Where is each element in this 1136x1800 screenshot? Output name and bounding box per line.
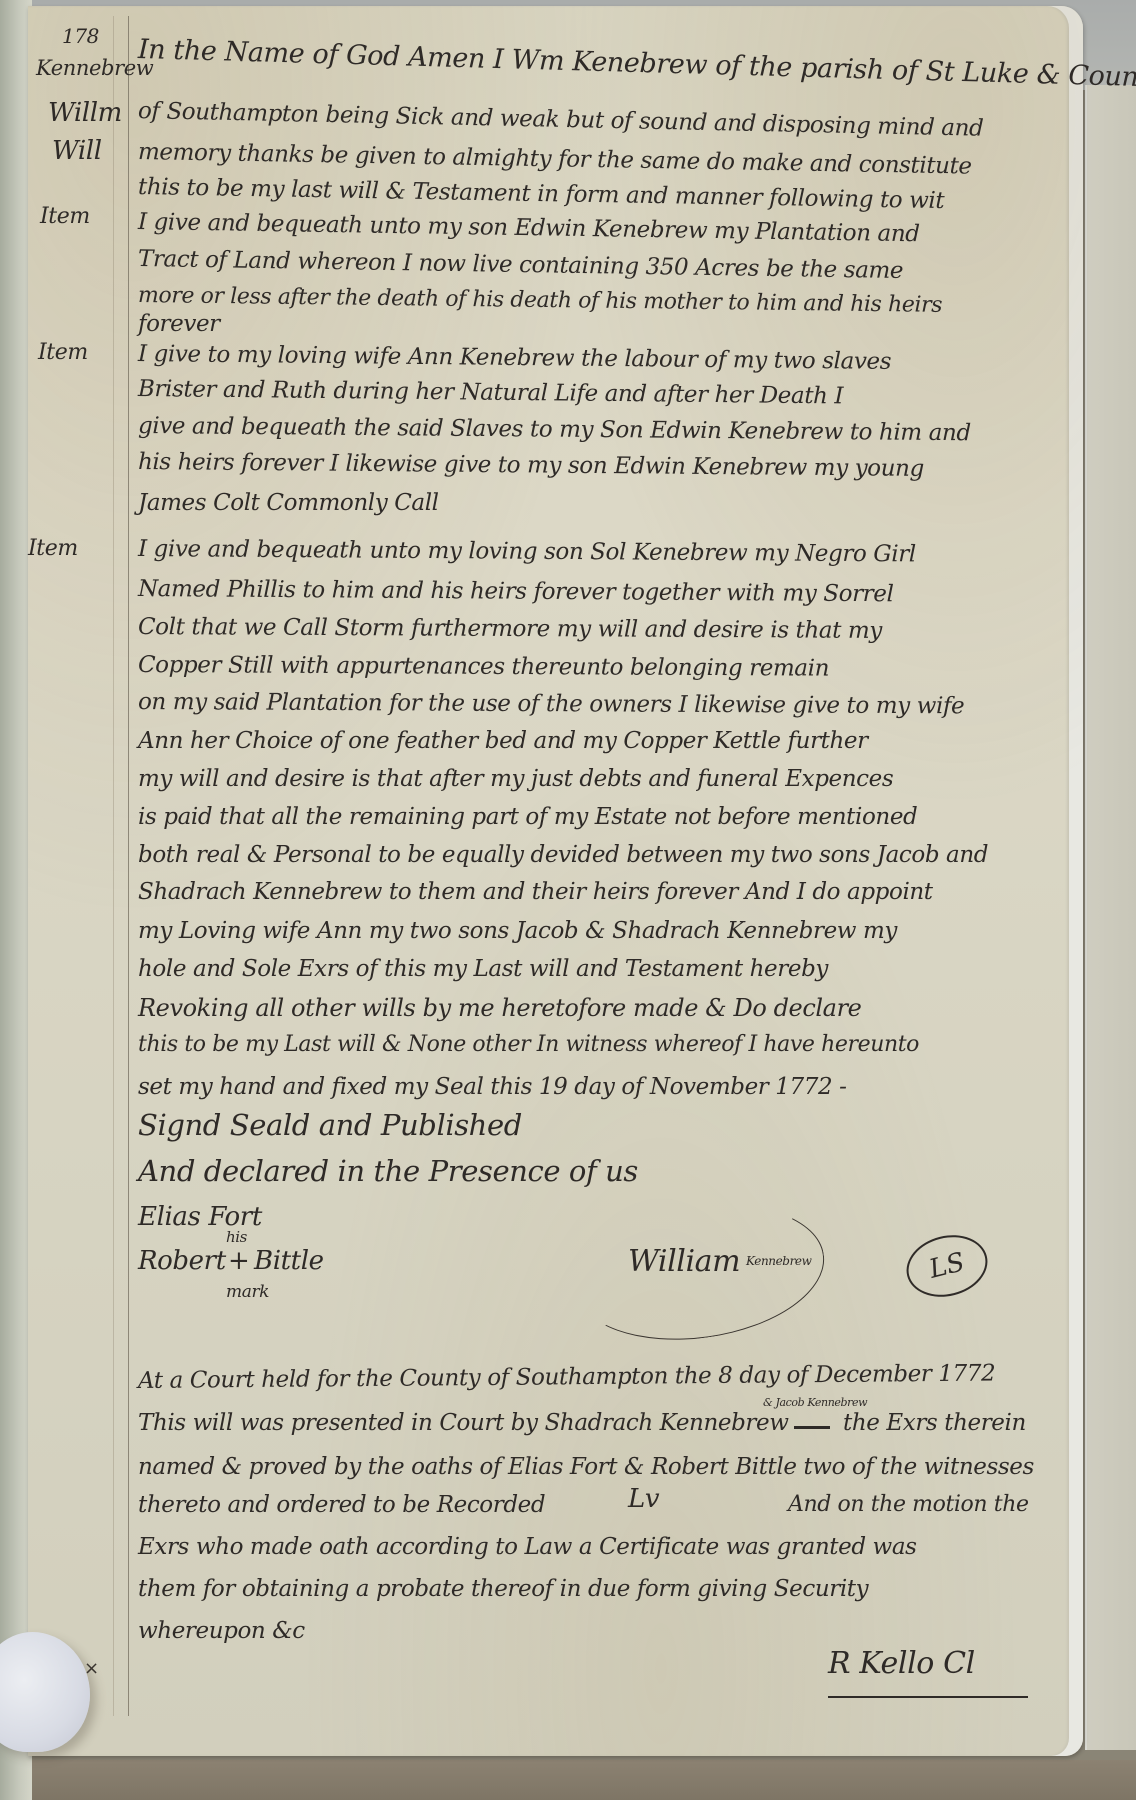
background-table — [0, 1760, 1136, 1800]
margin-rule — [128, 16, 129, 1716]
margin-given-name: Willm — [48, 98, 122, 128]
manuscript-page: 178 Kennebrew Willm Will Item Item Item … — [28, 6, 1083, 1756]
will-line-27: this to be my Last will & None other In … — [138, 1032, 919, 1057]
will-line-23: Shadrach Kennebrew to them and their hei… — [138, 879, 933, 905]
will-line-9: I give to my loving wife Ann Kenebrew th… — [138, 341, 891, 375]
will-line-5: I give and bequeath unto my son Edwin Ke… — [138, 209, 920, 247]
seal-letters: LS — [926, 1247, 967, 1285]
attestation-line-2: And declared in the Presence of us — [138, 1154, 638, 1188]
margin-surname: Kennebrew — [36, 56, 153, 80]
witness-mark-label: mark — [226, 1282, 269, 1302]
will-line-7: more or less after the death of his deat… — [138, 283, 942, 318]
will-line-21: is paid that all the remaining part of m… — [138, 804, 917, 830]
margin-item-3: Item — [28, 536, 78, 561]
margin-will-label: Will — [52, 136, 102, 166]
will-line-12: his heirs forever I likewise give to my … — [138, 449, 924, 482]
will-line-2: of Southampton being Sick and weak but o… — [138, 98, 984, 142]
witness-robert-bittle: Bittle — [254, 1246, 324, 1276]
clerk-signature: R Kello Cl — [828, 1646, 975, 1681]
margin-item-1: Item — [40, 204, 90, 229]
facing-page — [1085, 85, 1136, 1750]
will-line-8: forever — [138, 311, 220, 337]
probate-line-6: them for obtaining a probate thereof in … — [138, 1576, 868, 1602]
will-line-11: give and bequeath the said Slaves to my … — [138, 413, 971, 446]
witness-mark-cross: + — [228, 1246, 249, 1276]
recording-mark: Lv — [628, 1484, 659, 1514]
will-line-17: Copper Still with appurtenances thereunt… — [138, 652, 829, 682]
will-line-15: Named Phillis to him and his heirs forev… — [138, 576, 894, 607]
margin-guide-line — [113, 16, 114, 1716]
will-line-4: this to be my last will & Testament in f… — [138, 174, 945, 214]
witness-mark-his: his — [226, 1228, 247, 1246]
probate-line-5: Exrs who made oath according to Law a Ce… — [138, 1534, 917, 1560]
margin-item-2: Item — [38, 340, 88, 365]
will-line-1: In the Name of God Amen I Wm Kenebrew of… — [138, 34, 1136, 94]
will-line-18: on my said Plantation for the use of the… — [138, 689, 964, 719]
probate-line-3: named & proved by the oaths of Elias For… — [138, 1454, 1034, 1480]
will-line-26: Revoking all other wills by me heretofor… — [138, 994, 861, 1022]
testator-surname-small: Kennebrew — [746, 1254, 812, 1268]
attestation-line-1: Signd Seald and Published — [138, 1108, 522, 1142]
will-line-19: Ann her Choice of one feather bed and my… — [138, 728, 868, 754]
probate-line-4-tail: And on the motion the — [788, 1492, 1029, 1517]
will-line-3: memory thanks be given to almighty for t… — [138, 139, 972, 180]
probate-line-2-tail: the Exrs therein — [843, 1410, 1026, 1436]
probate-insertion: & Jacob Kennebrew — [763, 1396, 867, 1409]
will-line-20: my will and desire is that after my just… — [138, 766, 893, 792]
will-line-24: my Loving wife Ann my two sons Jacob & S… — [138, 918, 897, 944]
will-line-16: Colt that we Call Storm furthermore my w… — [138, 614, 882, 644]
will-line-13: James Colt Commonly Call — [138, 490, 439, 516]
witness-robert-first: Robert — [138, 1246, 226, 1276]
probate-line-2: This will was presented in Court by Shad… — [138, 1410, 789, 1436]
will-line-14: I give and bequeath unto my loving son S… — [138, 536, 916, 567]
will-line-28: set my hand and fixed my Seal this 19 da… — [138, 1074, 847, 1100]
page-number: 178 — [62, 24, 99, 48]
probate-line-1: At a Court held for the County of Southa… — [138, 1361, 996, 1394]
will-line-6: Tract of Land whereon I now live contain… — [138, 246, 904, 284]
will-line-10: Brister and Ruth during her Natural Life… — [138, 376, 843, 409]
probate-line-4: thereto and ordered to be Recorded — [138, 1492, 545, 1518]
clerk-signature-underline — [828, 1696, 1028, 1698]
wax-seal-ls: LS — [900, 1227, 994, 1305]
testator-signature: William — [628, 1244, 740, 1279]
will-line-25: hole and Sole Exrs of this my Last will … — [138, 956, 828, 982]
strikethrough-mark — [794, 1426, 830, 1429]
probate-line-7: whereupon &c — [138, 1618, 305, 1644]
will-line-22: both real & Personal to be equally devid… — [138, 842, 988, 868]
